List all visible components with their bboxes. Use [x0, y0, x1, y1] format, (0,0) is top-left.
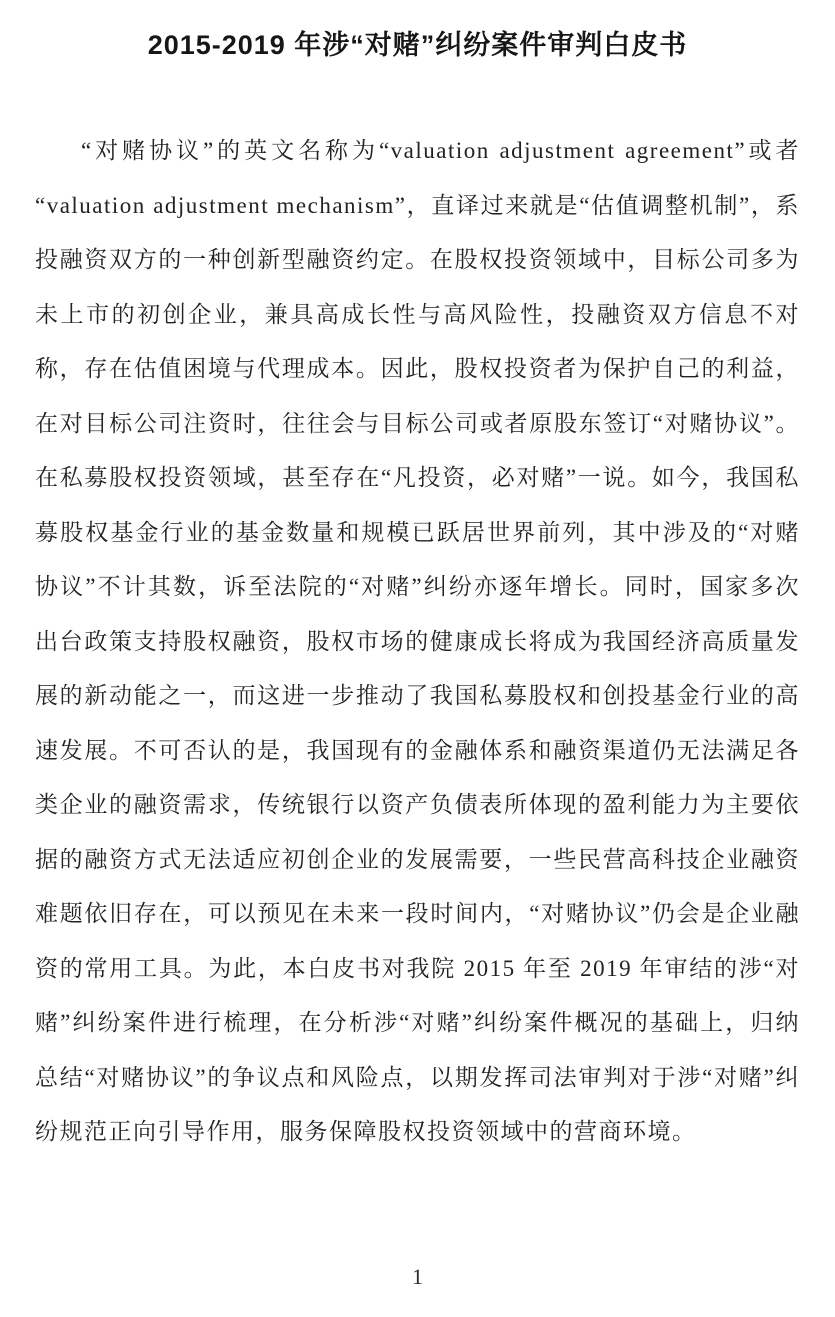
- document-page: 2015-2019 年涉“对赌”纠纷案件审判白皮书 “对赌协议”的英文名称为“v…: [0, 0, 835, 1317]
- body-paragraph: “对赌协议”的英文名称为“valuation adjustment agreem…: [35, 124, 800, 1160]
- page-number: 1: [0, 1264, 835, 1290]
- document-title: 2015-2019 年涉“对赌”纠纷案件审判白皮书: [0, 0, 835, 64]
